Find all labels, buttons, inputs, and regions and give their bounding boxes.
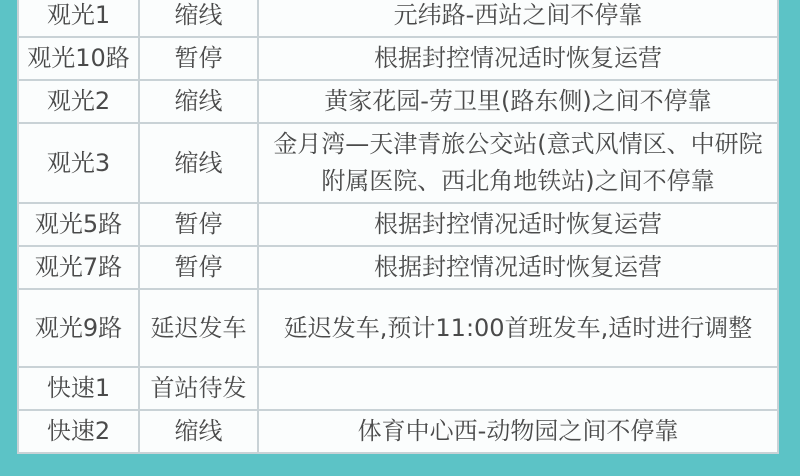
route-status: 暂停 (139, 246, 258, 289)
route-name: 快速1 (18, 367, 139, 410)
status-table: 观光1 缩线 元纬路-西站之间不停靠 观光10路 暂停 根据封控情况适时恢复运营… (17, 0, 779, 454)
route-status: 暂停 (139, 203, 258, 246)
route-name: 观光9路 (18, 289, 139, 367)
route-detail: 根据封控情况适时恢复运营 (258, 37, 778, 80)
route-status: 缩线 (139, 410, 258, 453)
route-name: 观光3 (18, 123, 139, 203)
page-background: 观光1 缩线 元纬路-西站之间不停靠 观光10路 暂停 根据封控情况适时恢复运营… (0, 0, 800, 476)
route-detail: 黄家花园-劳卫里(路东侧)之间不停靠 (258, 80, 778, 123)
route-name: 观光5路 (18, 203, 139, 246)
table-row: 观光5路 暂停 根据封控情况适时恢复运营 (18, 203, 778, 246)
route-status: 缩线 (139, 80, 258, 123)
table-row: 快速1 首站待发 (18, 367, 778, 410)
table-row: 观光10路 暂停 根据封控情况适时恢复运营 (18, 37, 778, 80)
table-row: 观光9路 延迟发车 延迟发车,预计11:00首班发车,适时进行调整 (18, 289, 778, 367)
route-detail: 金月湾—天津青旅公交站(意式风情区、中研院附属医院、西北角地铁站)之间不停靠 (258, 123, 778, 203)
route-detail: 元纬路-西站之间不停靠 (258, 0, 778, 37)
bus-route-status-table: 观光1 缩线 元纬路-西站之间不停靠 观光10路 暂停 根据封控情况适时恢复运营… (17, 0, 779, 454)
route-detail (258, 367, 778, 410)
route-name: 观光10路 (18, 37, 139, 80)
route-status: 缩线 (139, 0, 258, 37)
route-detail: 根据封控情况适时恢复运营 (258, 203, 778, 246)
table-row: 观光1 缩线 元纬路-西站之间不停靠 (18, 0, 778, 37)
table-row: 观光2 缩线 黄家花园-劳卫里(路东侧)之间不停靠 (18, 80, 778, 123)
route-detail: 体育中心西-动物园之间不停靠 (258, 410, 778, 453)
route-status: 暂停 (139, 37, 258, 80)
route-name: 观光1 (18, 0, 139, 37)
route-name: 快速2 (18, 410, 139, 453)
table-row: 观光7路 暂停 根据封控情况适时恢复运营 (18, 246, 778, 289)
route-detail: 延迟发车,预计11:00首班发车,适时进行调整 (258, 289, 778, 367)
route-status: 延迟发车 (139, 289, 258, 367)
table-row: 观光3 缩线 金月湾—天津青旅公交站(意式风情区、中研院附属医院、西北角地铁站)… (18, 123, 778, 203)
table-row: 快速2 缩线 体育中心西-动物园之间不停靠 (18, 410, 778, 453)
route-name: 观光7路 (18, 246, 139, 289)
route-status: 缩线 (139, 123, 258, 203)
route-status: 首站待发 (139, 367, 258, 410)
route-detail: 根据封控情况适时恢复运营 (258, 246, 778, 289)
route-name: 观光2 (18, 80, 139, 123)
